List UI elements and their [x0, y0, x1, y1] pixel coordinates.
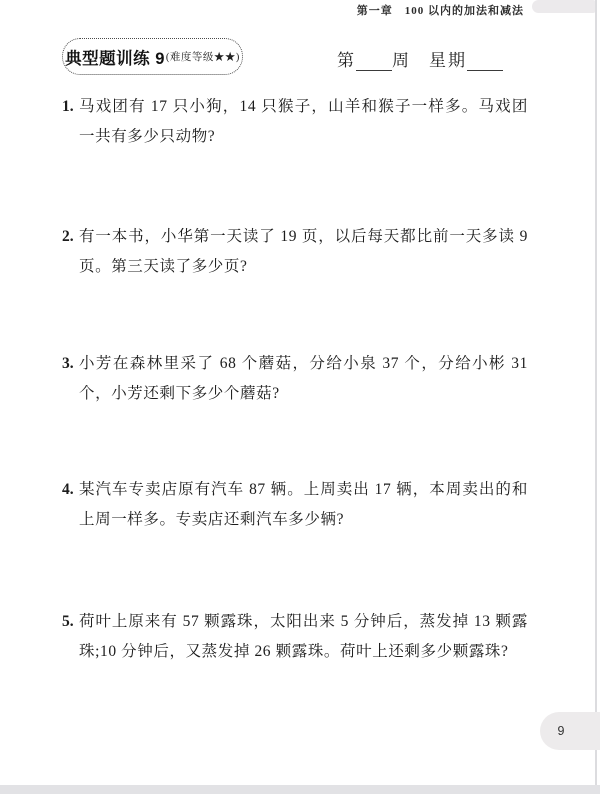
problem-item: 2. 有一本书，小华第一天读了 19 页，以后每天都比前一天多读 9 页。第三天…: [62, 222, 528, 282]
problem-number: 5.: [62, 607, 74, 637]
workbook-page: 第一章 100 以内的加法和减法 典型题训练 9 (难度等级★★) 第 周 星期…: [0, 0, 600, 794]
problem-text: 荷叶上原来有 57 颗露珠，太阳出来 5 分钟后，蒸发掉 13 颗露珠;10 分…: [79, 613, 528, 660]
chapter-header: 第一章 100 以内的加法和减法: [357, 2, 524, 18]
problem-text: 某汽车专卖店原有汽车 87 辆。上周卖出 17 辆，本周卖出的和上周一样多。专卖…: [79, 481, 528, 528]
problem-item: 5. 荷叶上原来有 57 颗露珠，太阳出来 5 分钟后，蒸发掉 13 颗露珠;1…: [62, 607, 528, 667]
problem-number: 4.: [62, 475, 74, 505]
section-badge-difficulty: (难度等级★★): [166, 49, 240, 64]
problem-item: 3. 小芳在森林里采了 68 个蘑菇，分给小泉 37 个，分给小彬 31 个，小…: [62, 349, 528, 409]
weekday-label: 星期: [429, 46, 467, 71]
section-badge: 典型题训练 9 (难度等级★★): [62, 38, 243, 75]
week-label: 周: [392, 46, 411, 71]
problem-number: 3.: [62, 349, 74, 379]
problem-item: 1. 马戏团有 17 只小狗，14 只猴子，山羊和猴子一样多。马戏团一共有多少只…: [62, 92, 528, 152]
page-number: 9: [558, 724, 565, 738]
weekday-blank-field: [467, 51, 503, 71]
week-prefix-label: 第: [337, 46, 356, 71]
problem-number: 1.: [62, 92, 74, 122]
right-edge-line: [595, 0, 597, 785]
page-edge-tab-top: [532, 0, 596, 13]
bottom-edge-shadow: [0, 785, 600, 794]
problem-text: 小芳在森林里采了 68 个蘑菇，分给小泉 37 个，分给小彬 31 个，小芳还剩…: [79, 355, 528, 402]
page-number-tab: 9: [540, 712, 600, 750]
week-blank-field: [356, 51, 392, 71]
week-day-line: 第 周 星期: [337, 46, 503, 71]
problem-item: 4. 某汽车专卖店原有汽车 87 辆。上周卖出 17 辆，本周卖出的和上周一样多…: [62, 475, 528, 535]
section-badge-title: 典型题训练 9: [65, 45, 165, 69]
problem-text: 马戏团有 17 只小狗，14 只猴子，山羊和猴子一样多。马戏团一共有多少只动物?: [79, 98, 528, 145]
problem-number: 2.: [62, 222, 74, 252]
problem-text: 有一本书，小华第一天读了 19 页，以后每天都比前一天多读 9 页。第三天读了多…: [79, 228, 528, 275]
